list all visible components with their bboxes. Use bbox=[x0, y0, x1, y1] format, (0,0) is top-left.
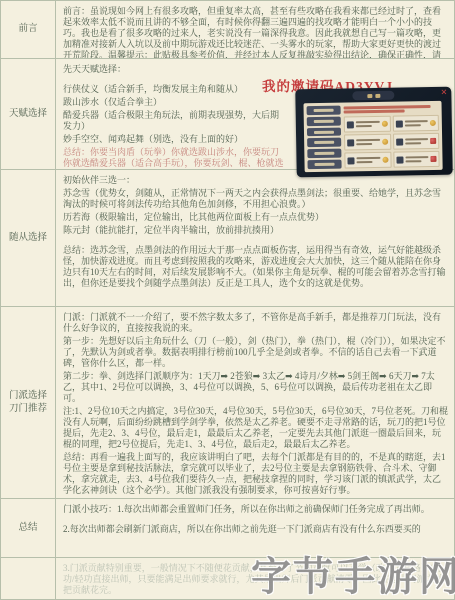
paragraph: 注:1、2号位10天之内搞定，3号位30天，4号位30天，5号位30天，6号位3… bbox=[63, 406, 448, 450]
paragraph: 酷爱兵器（适合极限主角玩法，前期表现强势，大后期发力） bbox=[63, 110, 284, 132]
watermark: 字节手游网 bbox=[251, 545, 455, 600]
paragraph: 2.每次出师都会刷新门派商店，所以在你出师之前先逛一下门派商店有没有什么东西要买… bbox=[63, 524, 448, 535]
screenshot-menu-button bbox=[307, 160, 341, 169]
reward-cell bbox=[344, 116, 391, 133]
row-label: 前言 bbox=[1, 1, 56, 58]
coin-icon bbox=[430, 120, 436, 126]
screenshot-red-note bbox=[344, 105, 439, 115]
row-label: 门派选择 刀门推荐 bbox=[1, 307, 56, 498]
row-label: 总结 bbox=[1, 499, 56, 557]
paragraph: 苏念雪（优势女，剑随从，正常情况下一两天之内会获得点墨剑法；很重要、给她学，且苏… bbox=[63, 188, 448, 210]
reward-cell bbox=[344, 152, 391, 169]
row-label bbox=[1, 558, 56, 600]
paragraph: 门派：门派就不一一介绍了，要不然字数太多了，不管你是高手新手，都是推荐刀门玩法，… bbox=[63, 312, 448, 334]
reward-cell bbox=[392, 115, 439, 132]
coin-icon bbox=[382, 157, 388, 163]
reward-icon bbox=[395, 120, 402, 127]
coin-icon bbox=[382, 139, 388, 145]
screenshot-menu-button bbox=[307, 138, 341, 147]
row-label: 天赋选择 bbox=[1, 59, 56, 169]
row-content: 前言：虽说现如今网上有很多攻略，但重复率太高，甚至有些攻略在我看来都已经过时了，… bbox=[56, 1, 454, 58]
paragraph: 门派小技巧：1.每次出师都会重置师门任务，所以在你出师之前确保师门任务完成了再出… bbox=[63, 504, 448, 515]
reward-cell bbox=[393, 133, 440, 150]
paragraph: 总结：选苏念雪，点墨剑法的作用远大于那一点点面板伤害，运用得当有奇效，运气好能越… bbox=[63, 245, 448, 289]
screenshot-menu-button bbox=[307, 127, 341, 136]
screenshot-menu bbox=[307, 106, 342, 170]
paragraph: 陈元封（能抗能打，定位半肉半输出，放前排抗揍用） bbox=[63, 225, 448, 236]
screenshot-body bbox=[344, 104, 440, 169]
paragraph: 先天天赋选择： bbox=[63, 64, 284, 75]
reward-icon bbox=[347, 121, 354, 128]
reward-icon bbox=[396, 156, 403, 163]
close-icon: ✕ bbox=[441, 89, 448, 97]
paragraph: 总结：再看一遍我上面写的，我应该讲明白了吧，去每个门派都是有目的的，不是真的瞎逛… bbox=[63, 452, 448, 496]
paragraph: 总结：你要当肉盾（玩拳）你就选跋山涉水，你要玩刀你就选酷爱兵器（适合高手玩），你… bbox=[63, 147, 284, 169]
red-packet-icon bbox=[430, 156, 436, 162]
reward-icon bbox=[396, 138, 403, 145]
row-content: 门派：门派就不一一介绍了，要不然字数太多了，不管你是高手新手，都是推荐刀门玩法，… bbox=[56, 307, 454, 498]
screenshot-reward-grid bbox=[344, 115, 440, 169]
reward-cell bbox=[393, 151, 440, 168]
row-content: 初始伙伴三选一：苏念雪（优势女，剑随从，正常情况下一两天之内会获得点墨剑法；很重… bbox=[56, 170, 454, 306]
game-screenshot: ✕ bbox=[295, 87, 453, 178]
screenshot-menu-button bbox=[307, 106, 341, 115]
reward-cell bbox=[344, 134, 391, 151]
paragraph: 跋山涉水（仅适合拳主） bbox=[63, 97, 284, 108]
paragraph: 第二步：拳、剑选择门派顺序为：1天刀➡ 2苍狼➡ 3太乙➡ 4诗月/夕林➡ 5剑… bbox=[63, 371, 448, 404]
red-packet-icon bbox=[430, 138, 436, 144]
paragraph: 妙手空空、闻鸡起舞（别选，没有上面的好） bbox=[63, 134, 284, 145]
screenshot-menu-button bbox=[307, 116, 341, 125]
table-row: 前言前言：虽说现如今网上有很多攻略，但重复率太高，甚至有些攻略在我看来都已经过时… bbox=[1, 1, 454, 58]
screenshot-panel bbox=[303, 101, 442, 172]
row-label: 随从选择 bbox=[1, 170, 56, 306]
screenshot-menu-button bbox=[307, 149, 341, 158]
paragraph: 第一步：先想好以后主角玩什么（刀（一般），剑（热门），拳（热门），棍（冷门）），… bbox=[63, 336, 448, 369]
reward-icon bbox=[347, 157, 354, 164]
table-row: 随从选择初始伙伴三选一：苏念雪（优势女，剑随从，正常情况下一两天之内会获得点墨剑… bbox=[1, 169, 454, 306]
coin-icon bbox=[381, 121, 387, 127]
screenshot-title-banner bbox=[352, 91, 394, 101]
reward-icon bbox=[347, 139, 354, 146]
table-row: 门派选择 刀门推荐门派：门派就不一一介绍了，要不然字数太多了，不管你是高手新手，… bbox=[1, 306, 454, 498]
paragraph: 前言：虽说现如今网上有很多攻略，但重复率太高，甚至有些攻略在我看来都已经过时了，… bbox=[63, 6, 448, 58]
paragraph: 行侠仗义（适合新手，均衡发展主角和随从） bbox=[63, 84, 284, 95]
paragraph: 历若海（极限输出，定位输出，比其他两位面板上有一点点优势） bbox=[63, 212, 448, 223]
paragraph: 初始伙伴三选一： bbox=[63, 175, 448, 186]
